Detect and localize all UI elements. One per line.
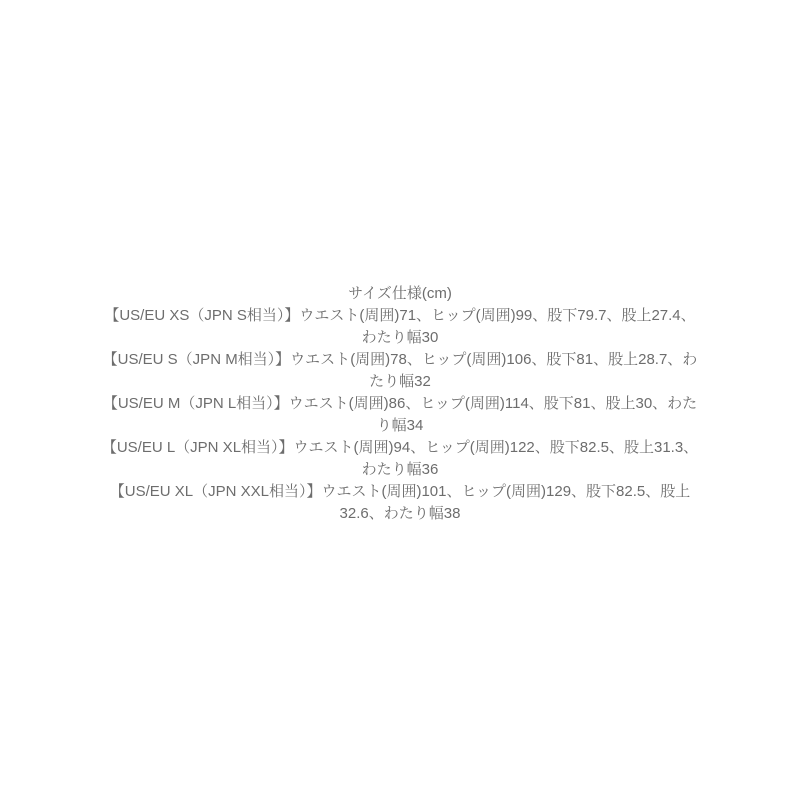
size-spec-entry-m: 【US/EU M（JPN L相当）】ウエスト(周囲)86、ヒップ(周囲)114、… — [100, 393, 700, 437]
size-spec-entry-l: 【US/EU L（JPN XL相当）】ウエスト(周囲)94、ヒップ(周囲)122… — [100, 437, 700, 481]
size-spec-section: サイズ仕様(cm) 【US/EU XS（JPN S相当）】ウエスト(周囲)71、… — [100, 0, 700, 525]
size-spec-entry-xl: 【US/EU XL（JPN XXL相当）】ウエスト(周囲)101、ヒップ(周囲)… — [100, 481, 700, 525]
size-spec-entry-xs: 【US/EU XS（JPN S相当）】ウエスト(周囲)71、ヒップ(周囲)99、… — [100, 305, 700, 349]
size-spec-title: サイズ仕様(cm) — [100, 283, 700, 305]
size-spec-entry-s: 【US/EU S（JPN M相当）】ウエスト(周囲)78、ヒップ(周囲)106、… — [100, 349, 700, 393]
